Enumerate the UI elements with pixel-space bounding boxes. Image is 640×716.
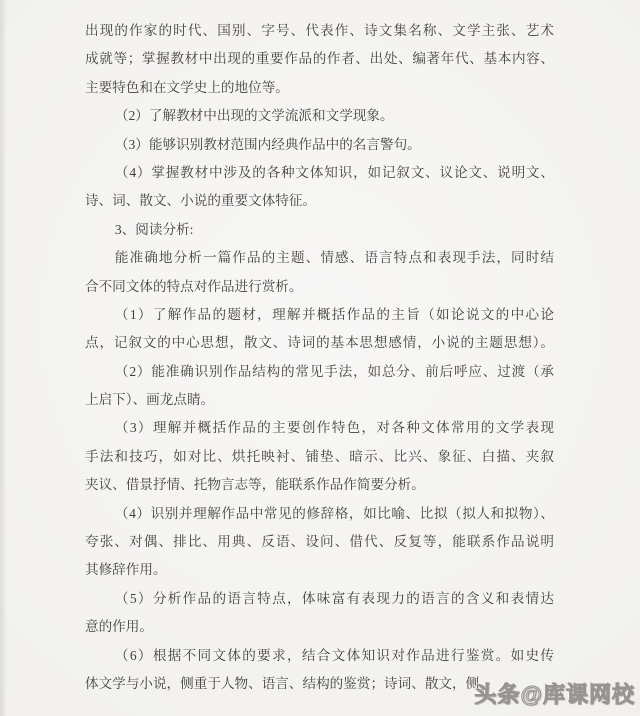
- text-line: 合不同文体的特点对作品进行赏析。: [85, 273, 554, 301]
- text-line: 手法和技巧，如对比、烘托映衬、铺垫、暗示、比兴、象征、白描、夹叙: [85, 443, 554, 471]
- text-line: 夸张、对偶、排比、用典、反语、设问、借代、反复等，能联系作品说明: [85, 528, 554, 556]
- text-line: 其修辞作用。: [85, 556, 554, 584]
- text-line: （4）掌握教材中涉及的各种文体知识，如记叙文、议论文、说明文、: [85, 159, 554, 187]
- text-line: 能准确地分析一篇作品的主题、情感、语言特点和表现手法，同时结: [85, 244, 554, 272]
- text-line: （4）识别并理解作品中常见的修辞格，如比喻、比拟（拟人和拟物）、: [85, 500, 554, 528]
- text-line: 主要特色和在文学史上的地位等。: [85, 74, 554, 102]
- text-line: 3、阅读分析:: [85, 216, 554, 244]
- text-line: 点，记叙文的中心思想，散文、诗词的基本思想感情，小说的主题思想）。: [85, 329, 554, 357]
- text-line: （1）了解作品的题材，理解并概括作品的主旨（如论说文的中心论: [85, 301, 554, 329]
- text-line: 夹议、借景抒情、托物言志等，能联系作品作简要分析。: [85, 471, 554, 499]
- text-line: 出现的作家的时代、国别、字号、代表作、诗文集名称、文学主张、艺术: [85, 17, 554, 45]
- watermark: 头条@库课网校: [475, 678, 635, 709]
- text-line: 意的作用。: [85, 613, 554, 641]
- text-line: （3）能够识别教材范围内经典作品中的名言警句。: [85, 131, 554, 159]
- text-line: （5）分析作品的语言特点，体味富有表现力的语言的含义和表情达: [85, 585, 554, 613]
- text-line: 成就等；掌握教材中出现的重要作品的作者、出处、编著年代、基本内容、: [85, 45, 554, 73]
- text-line: （2）了解教材中出现的文学流派和文学现象。: [85, 102, 554, 130]
- text-line: （6）根据不同文体的要求，结合文体知识对作品进行鉴赏。如史传: [85, 642, 554, 670]
- text-line: （3）理解并概括作品的主要创作特色，对各种文体常用的文学表现: [85, 414, 554, 442]
- text-line: （2）能准确识别作品结构的常见手法，如总分、前后呼应、过渡（承: [85, 358, 554, 386]
- document-page: { "page": { "background_color": "#f2f1ef…: [0, 0, 640, 716]
- text-block: 出现的作家的时代、国别、字号、代表作、诗文集名称、文学主张、艺术成就等；掌握教材…: [85, 17, 554, 698]
- text-line: 上启下）、画龙点睛。: [85, 386, 554, 414]
- text-line: 诗、词、散文、小说的重要文体特征。: [85, 187, 554, 215]
